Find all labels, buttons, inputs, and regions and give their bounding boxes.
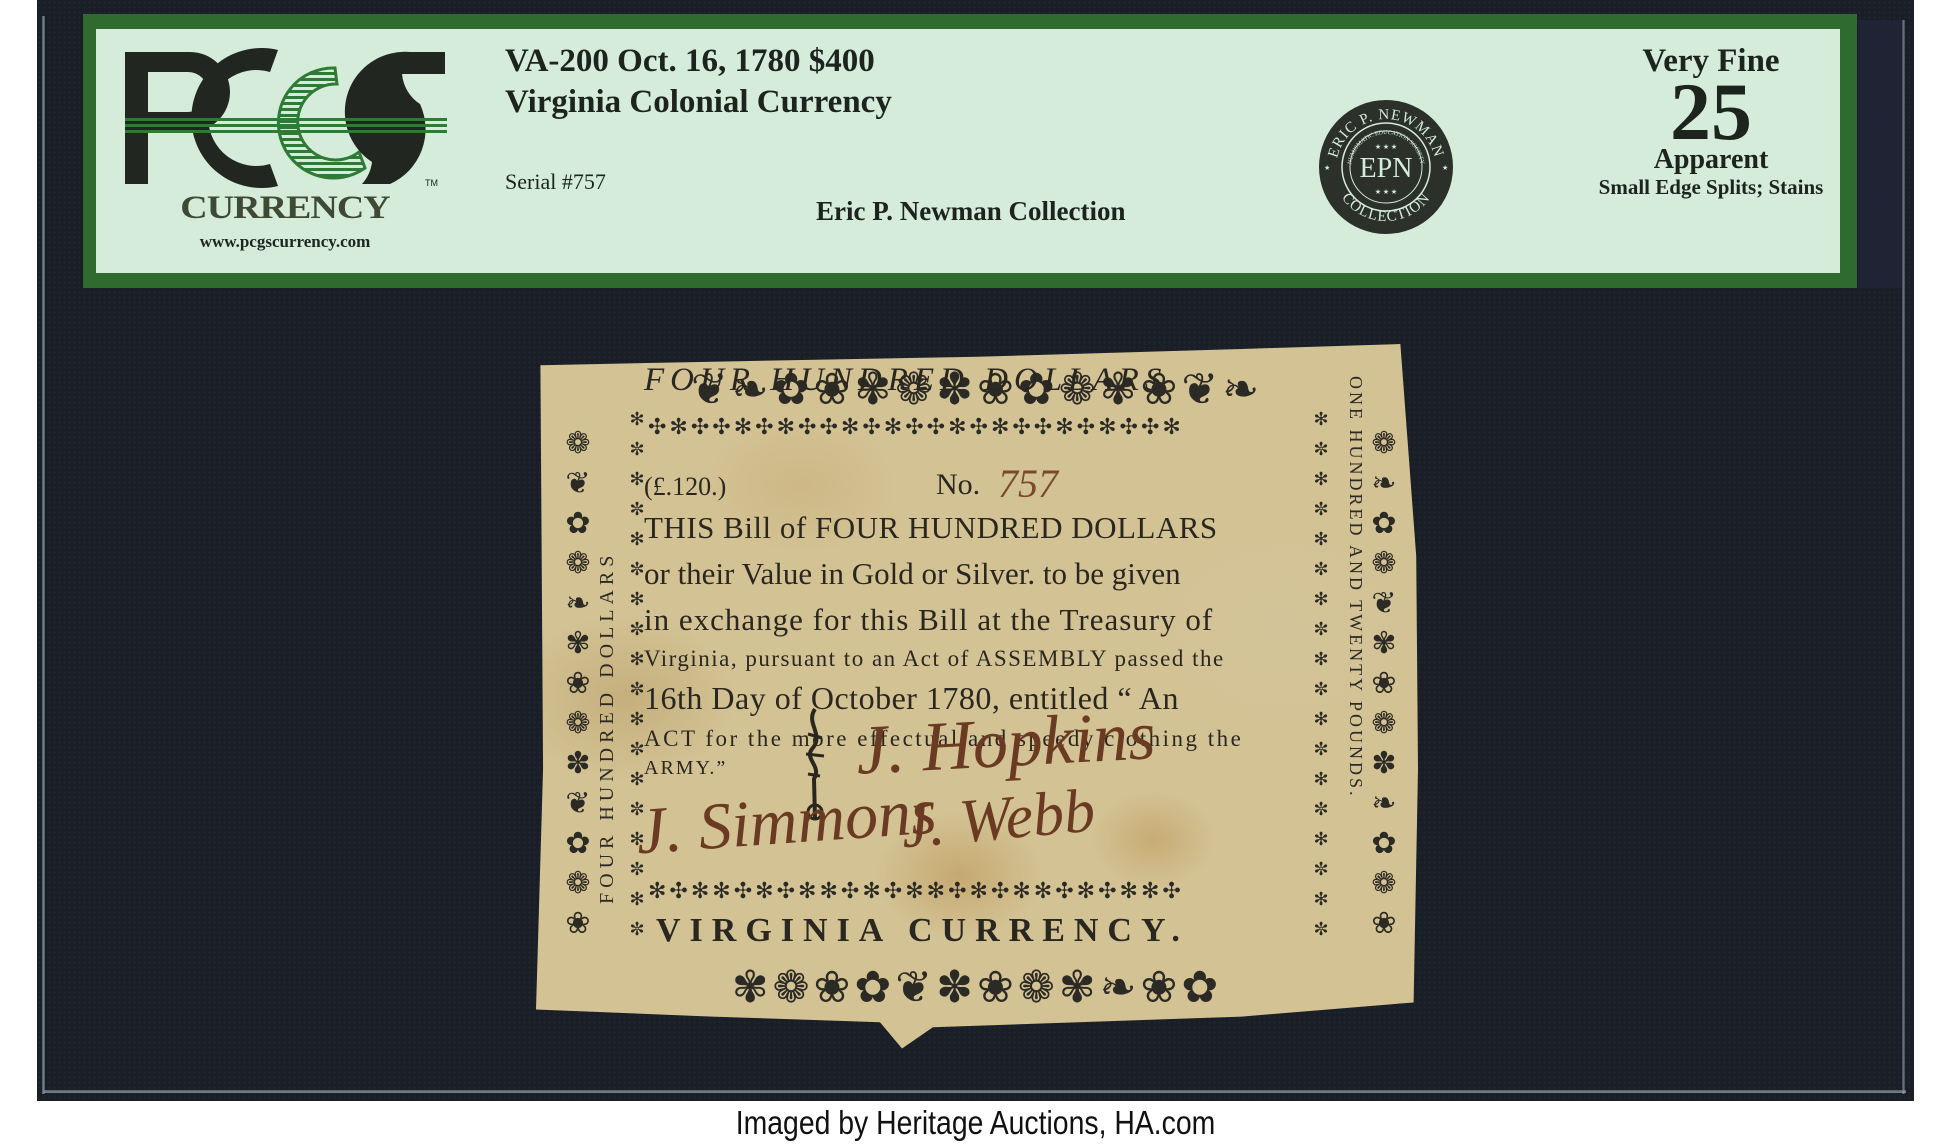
catalog-title: VA-200 Oct. 16, 1780 $400 [505,43,875,80]
right-ornament-border: ❁ ❧ ✿ ❁ ❦ ✾ ❀ ❁ ✽ ❧ ✿ ❁ ❀ [1364,424,1404,944]
note-text-line: ARMY.” [644,757,727,780]
banknote: ❦❧✿❀✾❁✽❀✿❁✾❀❦❧ ✾❁❀✿❦✽❀❁✾❧❀✿ ❁ ❦ ✿ ❁ ❧ ✾ … [536,344,1418,1052]
bottom-ornament-border: ✾❁❀✿❦✽❀❁✾❧❀✿ [574,962,1380,1013]
signature-simmons: J. Simmons [634,774,939,871]
epn-seal-icon: ERIC P. NEWMAN COLLECTION NUMISMATIC EDU… [1316,97,1456,237]
pcgs-logo-icon: TM [120,48,450,188]
svg-text:★: ★ [1442,164,1448,172]
serial-number: Serial #757 [505,169,606,195]
grade-comments: Small Edge Splits; Stains [1491,175,1931,199]
svg-text:★ ★ ★: ★ ★ ★ [1375,143,1397,151]
image-credit: Imaged by Heritage Auctions, HA.com [137,1104,1815,1142]
grade-qualifier: Apparent [1491,145,1931,175]
svg-text:★ ★ ★: ★ ★ ★ [1375,188,1397,196]
svg-text:EPN: EPN [1360,153,1413,184]
left-vertical-text: FOUR HUNDRED DOLLARS [596,551,619,904]
svg-text:TM: TM [425,178,438,188]
grade-block: Very Fine 25 Apparent Small Edge Splits;… [1491,43,1931,199]
catalog-subtitle: Virginia Colonial Currency [505,84,892,121]
note-text-line: THIS Bill of FOUR HUNDRED DOLLARS [644,510,1218,546]
pedigree-text: Eric P. Newman Collection [816,196,1125,227]
label-panel: TM CURRENCY www.pcgscurrency.com VA-200 … [96,29,1840,273]
note-text-line: or their Value in Gold or Silver. to be … [644,556,1181,592]
bottom-star-row: ✻✣✻✻✣✻✣✻✻✣✻✣✻✻✣✻✣✻✻✣✻✣✻✻✣ [648,878,1184,904]
note-text-line: Virginia, pursuant to an Act of ASSEMBLY… [644,646,1225,672]
slab-edge-bottom [44,1090,1906,1093]
logo-currency-text: CURRENCY [120,189,450,226]
note-header: FOUR HUNDRED DOLLARS [644,362,1167,399]
slab-edge-left [42,16,45,1094]
note-footer: VIRGINIA CURRENCY. [656,912,1189,950]
top-star-row: ✣✻✣✣✻✣✻✣✣✻✣✻✣✣✻✣✻✣✣✻✣✻✣✣✻ [648,414,1184,440]
right-vertical-text: ONE HUNDRED AND TWENTY POUNDS. [1345,376,1366,799]
grade-number: 25 [1491,79,1931,145]
pcgs-label: TM CURRENCY www.pcgscurrency.com VA-200 … [83,14,1857,288]
svg-text:★: ★ [1324,164,1330,172]
number-label: No. [936,468,980,502]
left-ornament-border: ❁ ❦ ✿ ❁ ❧ ✾ ❀ ❁ ✽ ❦ ✿ ❁ ❀ [558,424,598,944]
pcgs-website: www.pcgscurrency.com [120,232,450,252]
note-text-line: in exchange for this Bill at the Treasur… [644,602,1213,638]
right-star-border: ✻ ✼ ✻ ✼ ✻ ✼ ✻ ✼ ✻ ✼ ✻ ✼ ✻ ✼ ✻ ✼ ✻ ✼ [1310,404,1332,944]
pound-value: (£.120.) [644,472,726,502]
handwritten-number: 757 [998,460,1058,507]
